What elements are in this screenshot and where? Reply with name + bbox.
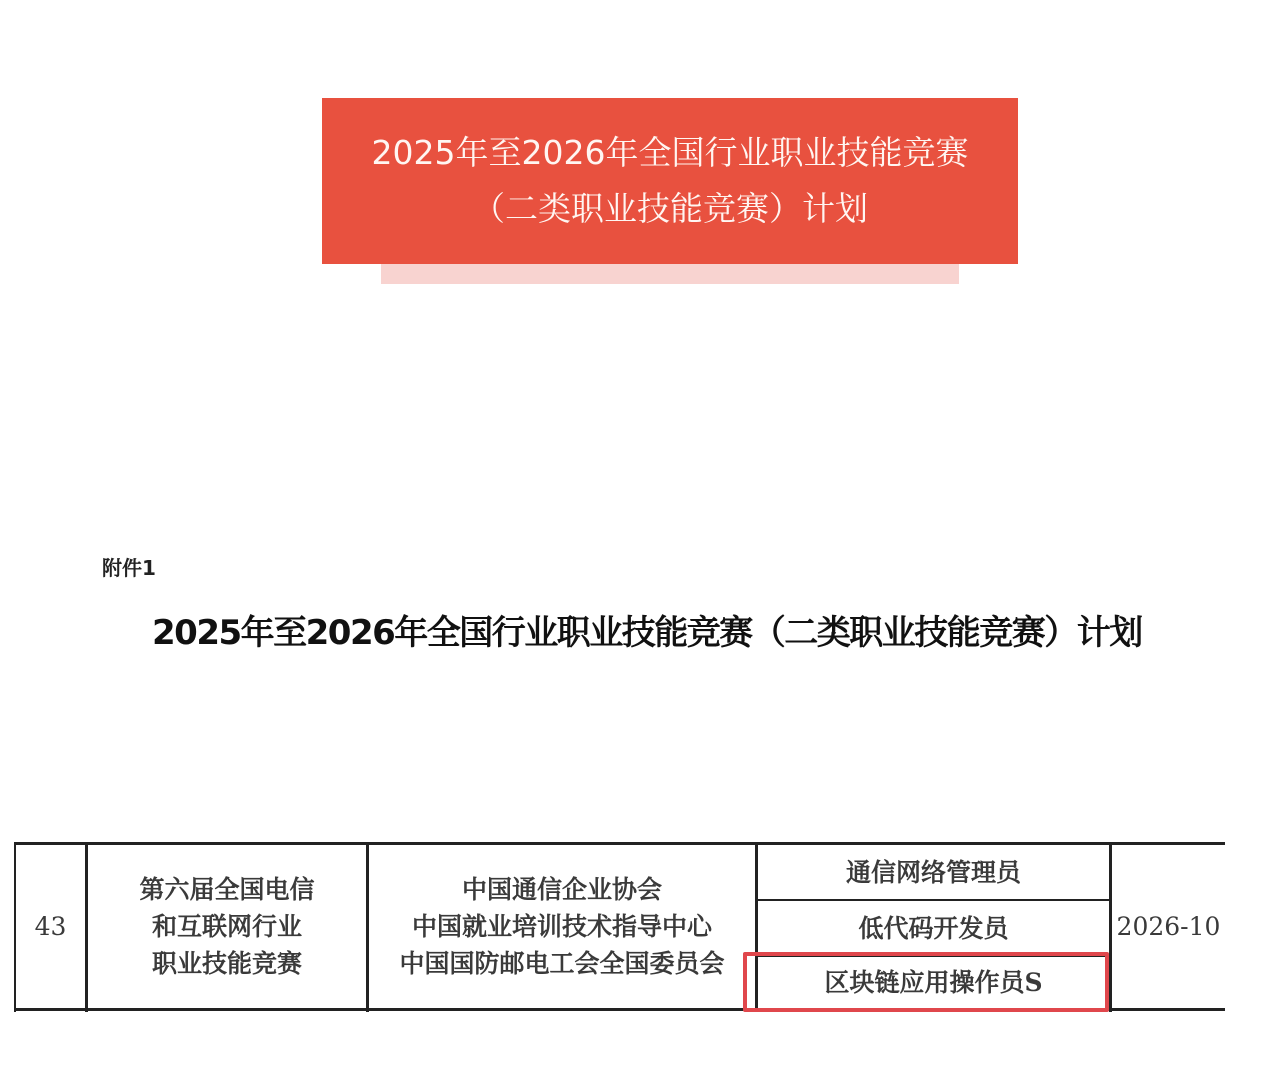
competition-date: 2026-10: [1112, 845, 1225, 1008]
competition-name-line: 职业技能竞赛: [152, 945, 302, 982]
competition-name-line: 第六届全国电信: [139, 871, 314, 908]
banner-title-line-2: （二类职业技能竞赛）计划: [472, 181, 868, 237]
row-number: 43: [16, 845, 85, 1008]
title-banner: 2025年至2026年全国行业职业技能竞赛 （二类职业技能竞赛）计划: [322, 98, 1018, 264]
row-number-text: 43: [35, 908, 67, 945]
organizer: 中国就业培训技术指导中心: [412, 908, 712, 945]
banner-title-line-1: 2025年至2026年全国行业职业技能竞赛: [372, 125, 969, 181]
occupation: 通信网络管理员: [846, 854, 1021, 891]
competition-name: 第六届全国电信 和互联网行业 职业技能竞赛: [88, 845, 366, 1008]
attachment-label: 附件1: [102, 552, 156, 581]
document-title: 2025年至2026年全国行业职业技能竞赛（二类职业技能竞赛）计划: [152, 605, 1142, 654]
organizer: 中国通信企业协会: [462, 871, 662, 908]
competition-date-text: 2026-10: [1117, 908, 1221, 945]
organizer: 中国国防邮电工会全国委员会: [399, 945, 724, 982]
occupation: 低代码开发员: [858, 910, 1008, 947]
organizers: 中国通信企业协会 中国就业培训技术指导中心 中国国防邮电工会全国委员会: [369, 845, 755, 1008]
occupation-cell: 通信网络管理员: [758, 845, 1109, 899]
banner-shadow: [381, 262, 959, 284]
highlight-box: [743, 952, 1109, 1012]
occupation-cell: 低代码开发员: [758, 901, 1109, 955]
competition-name-line: 和互联网行业: [152, 908, 302, 945]
